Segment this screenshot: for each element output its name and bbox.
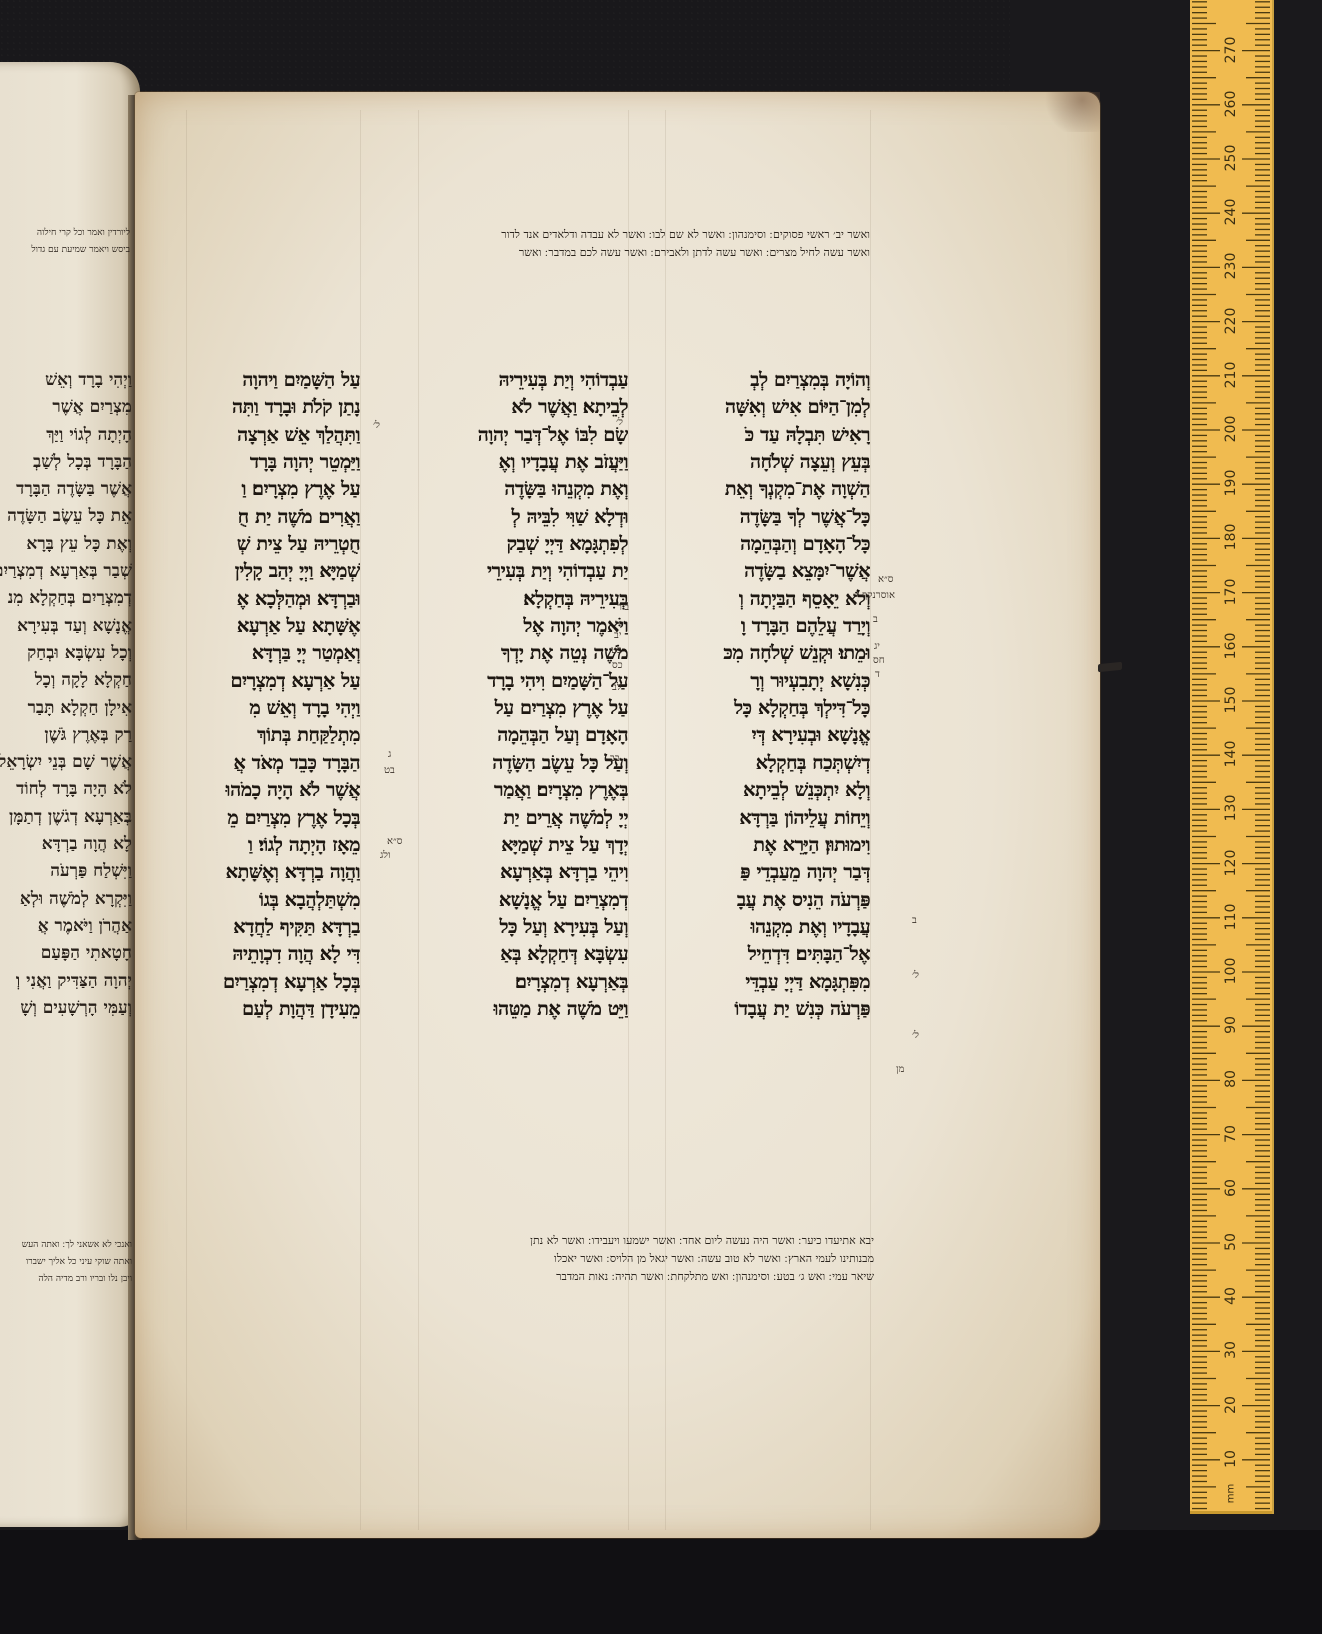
marginal-note: כס (612, 660, 623, 671)
text-line: כָּל־הָאָדָם וְהַבְּהֵמָה (665, 531, 870, 558)
marginal-note: ב (873, 614, 878, 625)
marginal-note: בב (610, 753, 620, 764)
text-line: הָיְתָה לְגוֹי וַיַּךְ (0, 422, 132, 449)
text-line: וִימוּתוּן׃ הַיָּרֵא אֶת (665, 832, 870, 859)
marginal-note: ב (912, 915, 917, 926)
ruler-unit-label: mm (1226, 1479, 1237, 1509)
verso-masorah-line: ליורדין ואמר וכל קרי חילוה (0, 225, 130, 242)
text-line: וְהוֹיָה בְּמִצְרַיִם לְבְ (665, 367, 870, 394)
ruler-tick-label: 130 (1223, 793, 1239, 823)
ruler-tick-label: 60 (1223, 1173, 1239, 1203)
text-line: עִשְׂבָּא דְּחַקְלָא בְּאַ (418, 941, 628, 968)
text-line: יְיָ לְמֹשֶׁה אֲרֵים יַת (418, 805, 628, 832)
text-line: לֹא הָיָה בָּרָד לְחוֹד (0, 776, 132, 803)
ruler-tick-label: 260 (1223, 89, 1239, 119)
ruler-tick-label: 140 (1223, 739, 1239, 769)
text-column-right: וְהוֹיָה בְּמִצְרַיִם לְבְלְמִן־הַיּוֹם … (665, 367, 870, 1023)
text-column-middle: עַבְדוֹהִי וְיַת בְּעִירֵיהּלְבֵיתָא׃ וַ… (418, 367, 628, 1023)
marginal-note: בט (611, 645, 622, 656)
text-line: חָטָאתִי הַפָּעַם (0, 940, 132, 967)
text-line: וַיְהִי בָרָד וְאֵשׁ (0, 367, 132, 394)
text-line: פַּרְעֹה הֵנִיס אֶת עֲבָ (665, 887, 870, 914)
marginal-note: ולג (380, 850, 391, 861)
text-line: אֲשֶׁר שָׁם בְּנֵי יִשְׂרָאֵל (0, 749, 132, 776)
text-line: וַיְהִי בָרָד וְאֵשׁ מִ (185, 695, 360, 722)
text-line: בְּעִירֵיהּ בְּחַקְלָא׃ (418, 586, 628, 613)
ruler-tick-label: 40 (1223, 1281, 1239, 1311)
text-line: וְעַל כָּל עֵשֶׂב הַשָּׂדֶה (418, 750, 628, 777)
text-line: וּמֵתוּ׃ וּקְנֵשׁ שְׁלֹחָה מִכּ (665, 640, 870, 667)
ruler-tick-label: 210 (1223, 360, 1239, 390)
marginal-note: ל׳ (616, 417, 623, 428)
text-line: עַל הַשָּׁמַיִם וַיהוָה (185, 367, 360, 394)
verso-masorah-line: ואנכי לא אשאני לך ׃ ואתה העש (0, 1237, 132, 1254)
text-line: וְאֶת מִקְנֵהוּ בַּשָּׂדֶה (418, 476, 628, 503)
text-line: רַק בְּאֶרֶץ גֹּשֶׁן (0, 722, 132, 749)
ruling-line (870, 110, 871, 1530)
text-line: וַיֵּט מֹשֶׁה אֶת מַטֵּהוּ (418, 996, 628, 1023)
verso-masorah-bottom: ואנכי לא אשאני לך ׃ ואתה העש ואתה שוקי ע… (0, 1237, 132, 1288)
ruler-tick-label: 120 (1223, 848, 1239, 878)
text-line: אֵת כָּל עֵשֶׂב הַשָּׂדֶה (0, 503, 132, 530)
masorah-line: מבנותינו לעמי הארץ ׃ ואשר לא טוב עשה ׃ ו… (186, 1250, 874, 1268)
ruler-tick-label: 250 (1223, 143, 1239, 173)
text-line: עַל־הַשָּׁמַיִם וִיהִי בָרָד (418, 668, 628, 695)
marginal-note: יג (874, 641, 880, 652)
text-line: רָאִישׁ תִּבְלָהּ עַד כֹּ (665, 422, 870, 449)
text-line: חַקְלָא לָקָה וְכָל (0, 667, 132, 694)
ruler-tick-label: 110 (1223, 902, 1239, 932)
text-line: וּבַרְדָּא וּמְהַלְּכָא אֶ (185, 586, 360, 613)
ruler-tick-label: 30 (1223, 1335, 1239, 1365)
marginal-note: ב׳ר (617, 602, 629, 613)
text-line: בַרְדָּא תַּקִּיף לַחֲדָא (185, 914, 360, 941)
ruler-tick-label: 230 (1223, 251, 1239, 281)
marginal-note: ל׳ (912, 970, 919, 981)
marginal-note: יב (614, 630, 621, 641)
text-line: בְּאַרְעָא דְמִצְרָיִם׃ (418, 969, 628, 996)
text-line: דְמִצְרַיִם עַל אֱנָשָׁא (418, 887, 628, 914)
marginal-note: ל׳ (912, 1030, 919, 1041)
text-line: וְאַמְטַר יְיָ בַּרְדָּא (185, 640, 360, 667)
marginal-note: בט (384, 765, 395, 776)
ruler-tick-label: 220 (1223, 306, 1239, 336)
text-line: וַיַּמְטֵר יְהוָה בָּרָד (185, 449, 360, 476)
marginal-note: חס (873, 655, 885, 666)
text-line: יַת עַבְדוֹהִי וְיַת בְּעִירֵי (418, 558, 628, 585)
ruling-line (628, 110, 629, 1530)
text-line: וְאֶת כָּל עֵץ בָּרָא (0, 531, 132, 558)
text-line: נָתַן קֹלֹת וּבָרָד וַתִּה (185, 394, 360, 421)
ruler-tick-label: 20 (1223, 1390, 1239, 1420)
ruling-line (360, 110, 361, 1530)
ruler-tick-label: 150 (1223, 685, 1239, 715)
marginal-note: מן (896, 1064, 904, 1075)
verso-masorah-top: ליורדין ואמר וכל קרי חילוה ביסש ויאמר שמ… (0, 225, 130, 259)
verso-masorah-line: ביסש ויאמר שמיעת עם גדול (0, 242, 130, 259)
text-line: מֹשֶׁה נְטֵה אֶת יָדְךָ (418, 640, 628, 667)
text-line: וְלֹא יֵאָסֵף הַבַּיְתָה וְ (665, 586, 870, 613)
text-line: פַּרְעֹה כְּנִשׁ יַת עֲבָדוֹ (665, 996, 870, 1023)
masorah-line: ואשר יב׳ ראשי פסוקים ׃ וסימנהון ׃ ואשר ל… (190, 226, 870, 244)
text-line: כְּנִשָׁא יְתָבִעְיוּר וְרָ (665, 668, 870, 695)
text-line: כָּל־אֲשֶׁר לְךָ בַּשָּׂדֶה (665, 504, 870, 531)
text-line: וִיהֵי בַרְדָּא בְּאַרְעָא (418, 859, 628, 886)
text-line: שְׁבַר בְּאַרְעָא דְמִצְרַיִם (0, 558, 132, 585)
text-line: מִפִּתְגָּמָא דַּיְיָ עַבְדֵּי (665, 969, 870, 996)
text-line: וַיַּעֲזֹב אֶת עֲבָדָיו וְאֶ (418, 449, 628, 476)
text-line: וַיִּקְרָא לְמֹשֶׁה וּלְאַ (0, 886, 132, 913)
text-line: אֲשֶׁר לֹא הָיָה כָמֹהוּ (185, 777, 360, 804)
text-line: הָאָדָם וְעַל הַבְּהֵמָה (418, 722, 628, 749)
text-line: מִצְרַיִם אֲשֶׁר (0, 394, 132, 421)
scale-ruler: mm 1020304050607080901001101201301401501… (1190, 0, 1274, 1514)
text-line: וַתִּהֲלַךְ אֵשׁ אַרְצָה (185, 422, 360, 449)
text-line: עַל אֶרֶץ מִצְרַיִם עַל (418, 695, 628, 722)
text-line: בְּעֵץ וְעֵצָה שְׁלֹחָה (665, 449, 870, 476)
text-line: אֱנָשָׁא וּבְעִירָא דְּיִ (665, 722, 870, 749)
text-line: מֵאָז הָיְתָה לְגוֹי׃ וַ (185, 832, 360, 859)
text-line: וְכָל עִשְׂבָּא וּבְחַק (0, 640, 132, 667)
text-line: דְמִצְרַיִם בְּחַקְלָא מִנ (0, 585, 132, 612)
text-line: וְיֵחוֹת עֲלֵיהוֹן בַּרְדָּא (665, 805, 870, 832)
masorah-magna-bottom: יבא אתיעדו כיער ׃ ואשר היה נעשה ליום אחד… (186, 1232, 874, 1286)
text-line: דְיִשְׁתְּכַח בְּחַקְלָא (665, 750, 870, 777)
corner-stain (1040, 92, 1100, 132)
ruler-tick-label: 70 (1223, 1119, 1239, 1149)
text-line: דְּבַר יְהוָה מֵעַבְדֵי פַּ (665, 859, 870, 886)
background-bottom-band (0, 1530, 1322, 1634)
text-line: שָׂם לִבּוֹ אֶל־דְּבַר יְהוָה (418, 422, 628, 449)
text-line: מִשְׁתַּלְהֲבָא בְּגוֹ (185, 887, 360, 914)
text-line: לְמִן־הַיּוֹם אִישׁ וְאִשָּׁה (665, 394, 870, 421)
text-line: דִּי לָא הֲוָה דִכְוָתֵיהּ (185, 941, 360, 968)
text-line: וְיָרַד עֲלֵהֶם הַבָּרָד וָ (665, 613, 870, 640)
text-line: וְעַמִּי הָרְשָׁעִים וְשָׁ (0, 995, 132, 1022)
marginal-note: לב (612, 682, 622, 693)
text-line: עַל אֶרֶץ מִצְרָיִם׃ וַ (185, 476, 360, 503)
masorah-line: שיאר עמי ׃ ואש ג׳ בטע ׃ וסימנהון ׃ ואש מ… (186, 1268, 874, 1286)
text-line: יְהוָה הַצַּדִּיק וַאֲנִי וְ (0, 968, 132, 995)
text-line: וַאֲרִים מֹשֶׁה יַת חֻ (185, 504, 360, 531)
text-line: אֲשֶׁר בַּשָּׂדֶה הַבָּרָד (0, 476, 132, 503)
ruler-tick-label: 270 (1223, 35, 1239, 65)
text-line: אֶשָּׁתָא עַל אַרְעָא (185, 613, 360, 640)
ruler-tick-label: 240 (1223, 197, 1239, 227)
text-line: מִתְלַקַּחַת בְּתוֹךְ (185, 722, 360, 749)
text-line: לָא הֲוָה בַרְדָּא (0, 831, 132, 858)
verso-text-column: וַיְהִי בָרָד וְאֵשׁמִצְרַיִם אֲשֶׁרהָיְ… (0, 367, 132, 1022)
text-line: אַהֲרֹן וַיֹּאמֶר אֲ (0, 913, 132, 940)
ruler-tick-label: 90 (1223, 1010, 1239, 1040)
text-line: וְלָא יִתְכְּנֵשׁ לְבֵיתָא (665, 777, 870, 804)
text-line: אֶל־הַבָּתִּים׃ דִּדְחֵיל (665, 941, 870, 968)
text-line: עַבְדוֹהִי וְיַת בְּעִירֵיהּ (418, 367, 628, 394)
marginal-note: ס״א (878, 574, 894, 585)
text-line: אֲשֶׁר־יִמָּצֵא בַשָּׂדֶה (665, 558, 870, 585)
text-line: וַיִּשְׁלַח פַּרְעֹה (0, 858, 132, 885)
marginal-note: ד (875, 669, 880, 680)
text-line: חֻטְרֵיהּ עַל צֵית שְׁ (185, 531, 360, 558)
verso-masorah-line: ואתה שוקי עיני כל אליך ישברו (0, 1254, 132, 1271)
masorah-line: יבא אתיעדו כיער ׃ ואשר היה נעשה ליום אחד… (186, 1232, 874, 1250)
ruler-tick-label: 190 (1223, 468, 1239, 498)
ruler-tick-label: 80 (1223, 1064, 1239, 1094)
marginal-note: ל׳ (373, 420, 380, 431)
marginal-note: ס״א (387, 836, 403, 847)
ruler-tick-label: 180 (1223, 522, 1239, 552)
text-line: עֲבָדָיו וְאֶת מִקְנֵהוּ (665, 914, 870, 941)
marginal-note: אוסרנקף (862, 590, 895, 601)
text-line: שְׁמַיָּא וַיְיָ יְהַב קָלִין (185, 558, 360, 585)
text-line: בְּכָל אַרְעָא דְמִצְרַיִם (185, 969, 360, 996)
text-line: לְבֵיתָא׃ וַאֲשֶׁר לֹא (418, 394, 628, 421)
text-line: אֱנָשָׁא וְעַד בְּעִירָא (0, 613, 132, 640)
text-line: יְדָךְ עַל צֵית שְׁמַיָּא (418, 832, 628, 859)
ruler-tick-label: 200 (1223, 414, 1239, 444)
text-line: בְּאֶרֶץ מִצְרָיִם׃ וַאֲמַר (418, 777, 628, 804)
ruler-tick-label: 50 (1223, 1227, 1239, 1257)
text-line: וְעַל בְּעִירָא וְעַל כָּל (418, 914, 628, 941)
text-line: וַהֲוָה בַרְדָּא וְאֶשָּׁתָא (185, 859, 360, 886)
text-line: וַיֹּאמֶר יְהוָה אֶל (418, 613, 628, 640)
text-column-left: עַל הַשָּׁמַיִם וַיהוָהנָתַן קֹלֹת וּבָר… (185, 367, 360, 1023)
text-line: עַל אַרְעָא דְמִצְרָיִם (185, 668, 360, 695)
text-line: בְּכָל אֶרֶץ מִצְרַיִם מֵ (185, 805, 360, 832)
text-line: הַשְׁוָה אֶת־מִקְנְךָ וְאֵת (665, 476, 870, 503)
masorah-line: ואשר עשה לחיל מצרים ׃ ואשר עשה לדתן ולאב… (190, 244, 870, 262)
ruler-tick-label: 170 (1223, 577, 1239, 607)
marginal-note: ג (388, 749, 391, 760)
ruler-tick-label: 100 (1223, 956, 1239, 986)
text-line: אִילָן חַקְלָא תָּבַר (0, 695, 132, 722)
ruler-tick-label: 160 (1223, 631, 1239, 661)
ruler-tick-label: 10 (1223, 1444, 1239, 1474)
text-line: לְפִתְגָּמָא דַּיְיָ שְׁבַק (418, 531, 628, 558)
verso-masorah-line: ויבן נלו ובריו ורב מדיה הלה (0, 1271, 132, 1288)
text-line: בְּאַרְעָא דְגֹשֶׁן דְתַמָּן (0, 804, 132, 831)
text-line: וּדְלָא שַׁוִּי לִבֵּיהּ לְ (418, 504, 628, 531)
masorah-magna-top: ואשר יב׳ ראשי פסוקים ׃ וסימנהון ׃ ואשר ל… (190, 226, 870, 262)
text-line: כָּל־דִּילְךְ בְּחַקְלָא כָּל (665, 695, 870, 722)
text-line: מֵעִידָן דַּהֲוָת לְעַם (185, 996, 360, 1023)
text-line: הַבָּרָד כָּבֵד מְאֹד אֲ (185, 750, 360, 777)
text-line: הַבָּרָד בְּכָל לְשַׁבְ (0, 449, 132, 476)
